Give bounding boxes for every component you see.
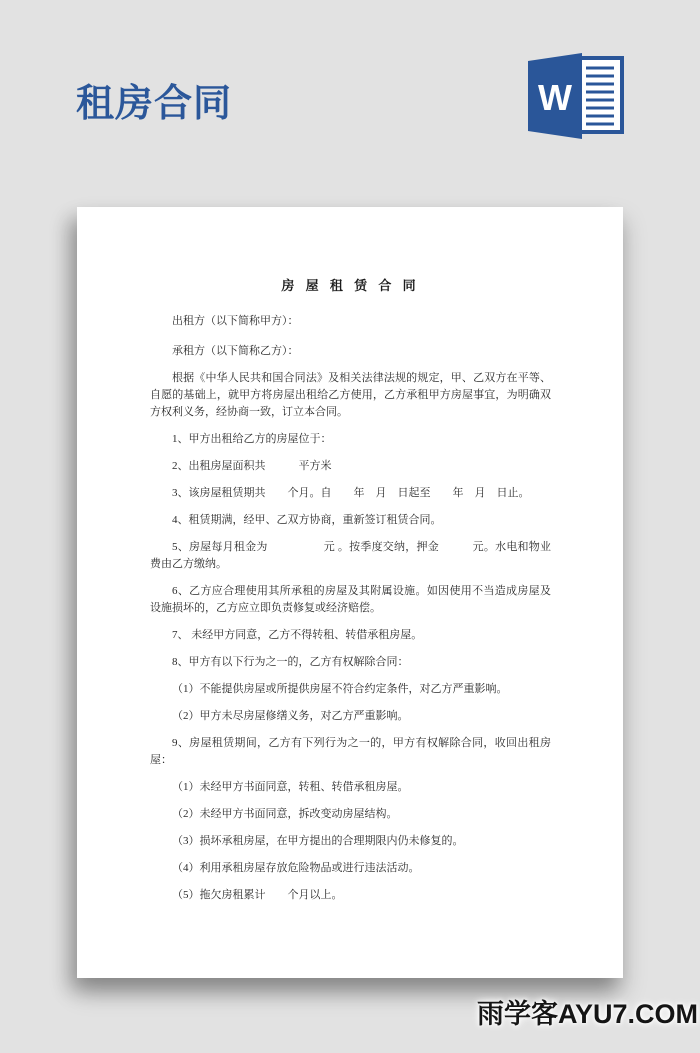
party-lessee-line: 承租方（以下简称乙方）： — [150, 343, 551, 360]
document-page: 房 屋 租 赁 合 同 出租方（以下简称甲方）： 承租方（以下简称乙方）： 根据… — [77, 207, 623, 978]
watermark: 雨学客AYU7.COM — [477, 992, 698, 1031]
clause-line: 3、该房屋租赁期共 个月。自 年 月 日起至 年 月 日止。 — [150, 485, 551, 502]
document-title: 房 屋 租 赁 合 同 — [150, 277, 551, 295]
page-title: 租房合同 — [76, 72, 232, 127]
word-logo-graphic: W — [518, 48, 640, 140]
clause-line: （5）拖欠房租累计 个月以上。 — [150, 887, 551, 904]
clause-line: 9、房屋租赁期间，乙方有下列行为之一的，甲方有权解除合同，收回出租房屋： — [150, 735, 551, 769]
clause-line: （2）未经甲方书面同意，拆改变动房屋结构。 — [150, 806, 551, 823]
word-letter: W — [538, 77, 572, 118]
clause-line: 8、甲方有以下行为之一的，乙方有权解除合同： — [150, 654, 551, 671]
word-icon[interactable]: W — [518, 48, 640, 140]
clause-line: 4、租赁期满，经甲、乙双方协商，重新签订租赁合同。 — [150, 512, 551, 529]
clause-line: 5、房屋每月租金为 元 。按季度交纳，押金 元。水电和物业费由乙方缴纳。 — [150, 539, 551, 573]
clause-line: 根据《中华人民共和国合同法》及相关法律法规的规定，甲、乙双方在平等、自愿的基础上… — [150, 370, 551, 421]
clause-line: （1）未经甲方书面同意，转租、转借承租房屋。 — [150, 779, 551, 796]
clause-line: （3）损坏承租房屋，在甲方提出的合理期限内仍未修复的。 — [150, 833, 551, 850]
clause-line: 7、 未经甲方同意，乙方不得转租、转借承租房屋。 — [150, 627, 551, 644]
clause-line: 2、出租房屋面积共 平方米 — [150, 458, 551, 475]
party-lessor-line: 出租方（以下简称甲方）： — [150, 313, 551, 330]
clause-list: 根据《中华人民共和国合同法》及相关法律法规的规定，甲、乙双方在平等、自愿的基础上… — [150, 370, 551, 904]
page-background: 租房合同 W 房 屋 租 赁 合 同 出租方（以下简称甲方）： 承租方（以下简称… — [0, 0, 700, 1053]
clause-line: 6、乙方应合理使用其所承租的房屋及其附属设施。如因使用不当造成房屋及设施损坏的，… — [150, 583, 551, 617]
clause-line: （2）甲方未尽房屋修缮义务，对乙方严重影响。 — [150, 708, 551, 725]
clause-line: （1）不能提供房屋或所提供房屋不符合约定条件，对乙方严重影响。 — [150, 681, 551, 698]
clause-line: 1、甲方出租给乙方的房屋位于： — [150, 431, 551, 448]
clause-line: （4）利用承租房屋存放危险物品或进行违法活动。 — [150, 860, 551, 877]
